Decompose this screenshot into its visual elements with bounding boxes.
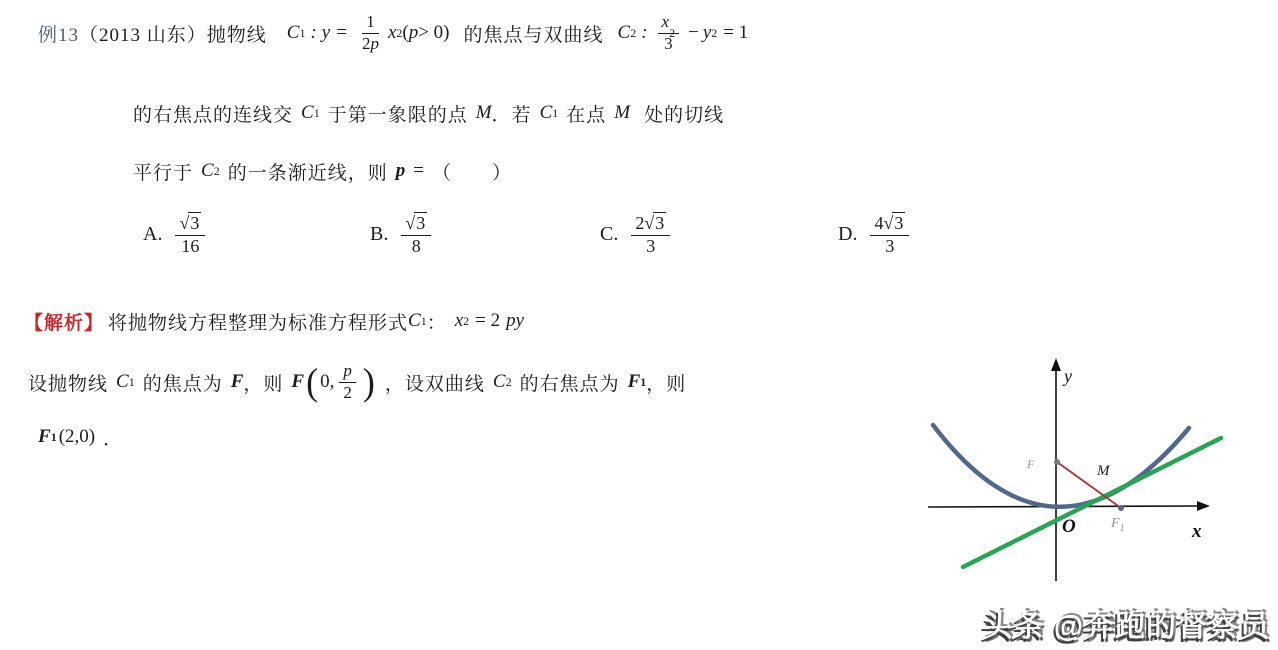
condition-rest: > 0) [418, 22, 449, 44]
problem-line-1: 例13 （2013 山东）抛物线 C1 : y = 1 2p x2 (p > 0… [38, 6, 748, 60]
problem-source-text: （2013 山东）抛物线 [79, 20, 267, 47]
solution-line-2: 设抛物线 C1 的焦点为 F ，则 F ( 0, p 2 ) ，设双曲线 C2 … [28, 358, 686, 406]
option-B-denominator: 8 [412, 236, 421, 258]
figure-parabola-tangent-graph: y x O M F F1 [905, 355, 1278, 585]
math-var-p: p [396, 160, 406, 182]
text-run: ，则 [646, 369, 686, 396]
math-var-x: x [388, 22, 396, 44]
option-C-coef: 2 [635, 213, 644, 235]
curve-c1-symbol: C [116, 371, 129, 393]
solution-line-1: 【解析】 将抛物线方程整理为标准方程形式 C1 ： x2 = 2 py [24, 302, 524, 340]
watermark: 头条 @奔跑的督察员 [982, 601, 1270, 645]
text-run: 设抛物线 [28, 369, 108, 396]
problem-line-2: 的右焦点的连线交 C1 于第一象限的点 M ．若 C1 在点 M 处的切线 [133, 96, 724, 130]
focus-F1-symbol: F [628, 371, 641, 393]
curve-c2-symbol: C [201, 160, 214, 182]
option-A-label: A. [143, 223, 162, 246]
coordinates: (2,0) [59, 426, 95, 448]
option-B-label: B. [370, 223, 388, 246]
focus-F-label: F [1026, 457, 1035, 471]
text-run: 于第一象限的点 [328, 100, 468, 127]
text-run: ，则 [243, 369, 283, 396]
text-run: 的右焦点的连线交 [133, 100, 293, 127]
fraction-1-over-2p: 1 2p [358, 12, 383, 54]
coordinate-zero: 0, [320, 371, 334, 393]
option-D: D. 4√3 3 [838, 212, 914, 257]
math-var-y: y [322, 22, 330, 44]
math-var-y2: y [703, 22, 711, 44]
x-axis-label: x [1191, 521, 1202, 542]
option-A-fraction: √3 16 [175, 212, 205, 257]
option-A-radicand: 3 [188, 212, 201, 235]
option-D-coef: 4 [874, 213, 883, 235]
option-A-denominator: 16 [181, 236, 199, 258]
fraction-p-over-2: p 2 [339, 361, 356, 403]
math-vars-py: py [506, 310, 524, 332]
solution-text: 将抛物线方程整理为标准方程形式 [108, 308, 408, 335]
x-axis-arrow-icon [1197, 501, 1210, 511]
hyperbola-num-var: x [662, 12, 670, 32]
curve-c1-symbol: C [287, 22, 300, 44]
focus-F-symbol: F [231, 371, 244, 393]
curve-c2-symbol: C [618, 22, 631, 44]
analysis-tag: 【解析】 [24, 308, 104, 335]
text-run: 在点 [566, 100, 606, 127]
text-run: 平行于 [133, 158, 193, 185]
big-paren-open: ( [306, 365, 318, 399]
fraction-x2-over-3: x2 3 [658, 12, 680, 54]
y-axis-label: y [1062, 366, 1072, 386]
text-run: 的右焦点为 [520, 369, 620, 396]
hyperbola-den: 3 [664, 34, 673, 54]
focus-F1-point [1118, 505, 1124, 511]
colon: ： [427, 308, 447, 335]
math-var-x: x [455, 310, 463, 332]
equals-sign: = [413, 160, 424, 182]
fraction-den-2: 2 [343, 383, 352, 403]
option-D-radicand: 3 [892, 212, 905, 235]
colon: : [641, 22, 647, 44]
option-C-denominator: 3 [646, 236, 655, 258]
text-run: ．若 [492, 100, 532, 127]
curve-c1-symbol: C [540, 102, 553, 124]
curve-c1-symbol: C [301, 102, 314, 124]
period: ． [103, 424, 123, 451]
option-D-fraction: 4√3 3 [870, 212, 909, 257]
big-paren-close: ) [363, 365, 375, 399]
equals-one: = 1 [723, 22, 748, 44]
point-M-symbol: M [614, 102, 630, 124]
point-M-symbol: M [476, 102, 492, 124]
solution-line-3: F1 (2,0) ． [38, 420, 123, 454]
math-var-p: p [409, 22, 419, 44]
answer-blank-parens: （ ） [432, 158, 512, 185]
y-axis-arrow-icon [1051, 358, 1061, 371]
option-D-label: D. [838, 223, 857, 246]
focus-F-point [1054, 459, 1060, 465]
option-D-denominator: 3 [885, 236, 894, 258]
text-run: 处的切线 [644, 100, 724, 127]
option-B-radicand: 3 [414, 212, 427, 235]
example-number: 例13 [38, 20, 79, 47]
option-C: C. 2√3 3 [600, 212, 675, 257]
curve-c1-symbol: C [408, 310, 421, 332]
text-run: ，设双曲线 [385, 369, 485, 396]
problem-line-3: 平行于 C2 的一条渐近线，则 p = （ ） [133, 154, 512, 188]
text-run: 的一条渐近线，则 [228, 158, 388, 185]
equals-two: = 2 [475, 310, 500, 332]
option-C-radicand: 3 [653, 212, 666, 235]
option-C-fraction: 2√3 3 [631, 212, 670, 257]
options-row: A. √3 16 B. √3 8 C. 2√3 3 D. 4√3 3 [0, 206, 1278, 270]
option-B-fraction: √3 8 [401, 212, 431, 257]
option-A: A. √3 16 [143, 212, 210, 257]
fraction-den-var: p [370, 34, 379, 54]
problem-mid-text: 的焦点与双曲线 [464, 20, 604, 47]
colon: : [310, 22, 316, 44]
focus-F1-sub: 1 [1120, 523, 1125, 534]
minus-sign: − [688, 22, 699, 44]
point-M-label: M [1096, 463, 1111, 479]
option-C-label: C. [600, 223, 618, 246]
tangent-line [963, 438, 1221, 567]
equals-sign: = [336, 22, 347, 44]
fraction-num-p: p [343, 361, 352, 381]
origin-label: O [1062, 516, 1076, 537]
focus-F1-label: F1 [1110, 516, 1125, 534]
focus-F-symbol: F [291, 371, 304, 393]
curve-c2-symbol: C [493, 371, 506, 393]
focus-F1-symbol: F [38, 426, 51, 448]
focus-F1-letter: F [1110, 516, 1120, 531]
fraction-numerator: 1 [366, 12, 375, 32]
text-run: 的焦点为 [143, 369, 223, 396]
option-B: B. √3 8 [370, 212, 436, 257]
